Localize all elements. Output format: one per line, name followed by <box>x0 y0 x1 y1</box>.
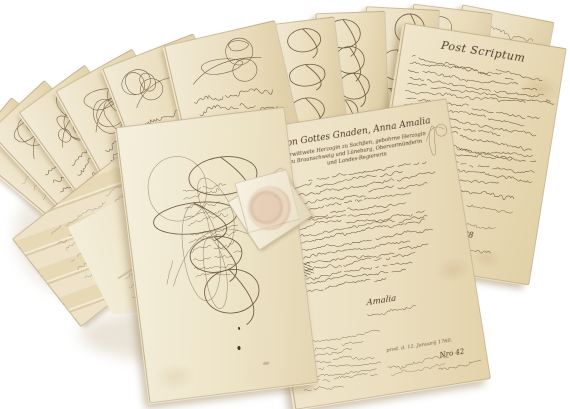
document-number-label: Nro 42 <box>439 348 465 360</box>
photograph-manuscript-stack: Post Scriptum Nro: 288 Von Gottes Gnaden… <box>0 0 570 409</box>
smudge <box>262 361 269 365</box>
calligraphic-cover-page <box>116 107 319 404</box>
ink-speck <box>238 327 240 330</box>
ink-speck <box>237 346 240 350</box>
